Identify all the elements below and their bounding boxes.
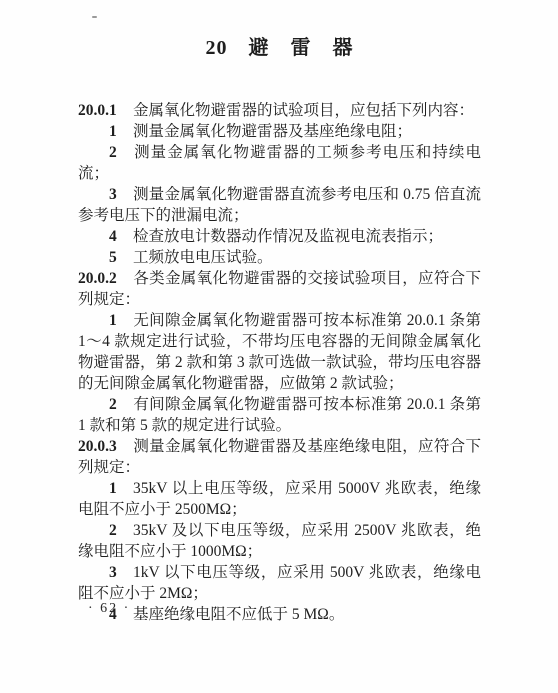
clause-number: 20.0.3 [78, 438, 117, 455]
item-text: 1kV 以下电压等级，应采用 500V 兆欧表，绝缘电阻不应小于 2MΩ； [78, 564, 481, 602]
item-number: 3 [109, 186, 117, 203]
item-number: 2 [109, 144, 117, 161]
item-text: 检查放电计数器动作情况及监视电流表指示； [133, 228, 443, 245]
item-number: 1 [109, 312, 117, 329]
document-body: 20.0.1金属氧化物避雷器的试验项目，应包括下列内容： 1测量金属氧化物避雷器… [78, 100, 481, 625]
clause-text: 测量金属氧化物避雷器及基座绝缘电阻，应符合下列规定： [78, 438, 481, 476]
clause: 20.0.3测量金属氧化物避雷器及基座绝缘电阻，应符合下列规定： [78, 436, 481, 478]
item-number: 1 [109, 480, 117, 497]
list-item: 5工频放电电压试验。 [78, 247, 481, 268]
item-number: 5 [109, 249, 117, 266]
item-text: 35kV 以上电压等级，应采用 5000V 兆欧表，绝缘电阻不应小于 2500M… [78, 480, 481, 518]
scan-artifact [92, 16, 97, 18]
item-text: 测量金属氧化物避雷器直流参考电压和 0.75 倍直流参考电压下的泄漏电流； [78, 186, 481, 224]
item-text: 测量金属氧化物避雷器及基座绝缘电阻； [133, 123, 412, 140]
list-item: 31kV 以下电压等级，应采用 500V 兆欧表，绝缘电阻不应小于 2MΩ； [78, 562, 481, 604]
clause: 20.0.2各类金属氧化物避雷器的交接试验项目，应符合下列规定： [78, 268, 481, 310]
list-item: 4检查放电计数器动作情况及监视电流表指示； [78, 226, 481, 247]
item-number: 1 [109, 123, 117, 140]
item-number: 3 [109, 564, 117, 581]
list-item: 4基座绝缘电阻不应低于 5 MΩ。 [78, 604, 481, 625]
item-number: 2 [109, 522, 117, 539]
item-text: 测量金属氧化物避雷器的工频参考电压和持续电流； [78, 144, 481, 182]
item-number: 4 [109, 228, 117, 245]
list-item: 1无间隙金属氧化物避雷器可按本标准第 20.0.1 条第 1～4 款规定进行试验… [78, 310, 481, 394]
item-text: 有间隙金属氧化物避雷器可按本标准第 20.0.1 条第 1 款和第 5 款的规定… [78, 396, 481, 434]
clause-number: 20.0.2 [78, 270, 117, 287]
item-text: 工频放电电压试验。 [133, 249, 273, 266]
clause-text: 各类金属氧化物避雷器的交接试验项目，应符合下列规定： [78, 270, 481, 308]
item-text: 基座绝缘电阻不应低于 5 MΩ。 [133, 606, 344, 623]
chapter-title: 20 避 雷 器 [78, 31, 481, 60]
list-item: 2测量金属氧化物避雷器的工频参考电压和持续电流； [78, 142, 481, 184]
item-number: 2 [109, 396, 117, 413]
clause: 20.0.1金属氧化物避雷器的试验项目，应包括下列内容： [78, 100, 481, 121]
document-page: 20 避 雷 器 20.0.1金属氧化物避雷器的试验项目，应包括下列内容： 1测… [0, 0, 558, 693]
clause-number: 20.0.1 [78, 102, 117, 119]
clause-text: 金属氧化物避雷器的试验项目，应包括下列内容： [133, 102, 474, 119]
list-item: 1测量金属氧化物避雷器及基座绝缘电阻； [78, 121, 481, 142]
page-number: · 62 · [88, 601, 130, 617]
item-text: 无间隙金属氧化物避雷器可按本标准第 20.0.1 条第 1～4 款规定进行试验，… [78, 312, 481, 392]
list-item: 2有间隙金属氧化物避雷器可按本标准第 20.0.1 条第 1 款和第 5 款的规… [78, 394, 481, 436]
list-item: 3测量金属氧化物避雷器直流参考电压和 0.75 倍直流参考电压下的泄漏电流； [78, 184, 481, 226]
item-text: 35kV 及以下电压等级，应采用 2500V 兆欧表，绝缘电阻不应小于 1000… [78, 522, 481, 560]
list-item: 135kV 以上电压等级，应采用 5000V 兆欧表，绝缘电阻不应小于 2500… [78, 478, 481, 520]
list-item: 235kV 及以下电压等级，应采用 2500V 兆欧表，绝缘电阻不应小于 100… [78, 520, 481, 562]
